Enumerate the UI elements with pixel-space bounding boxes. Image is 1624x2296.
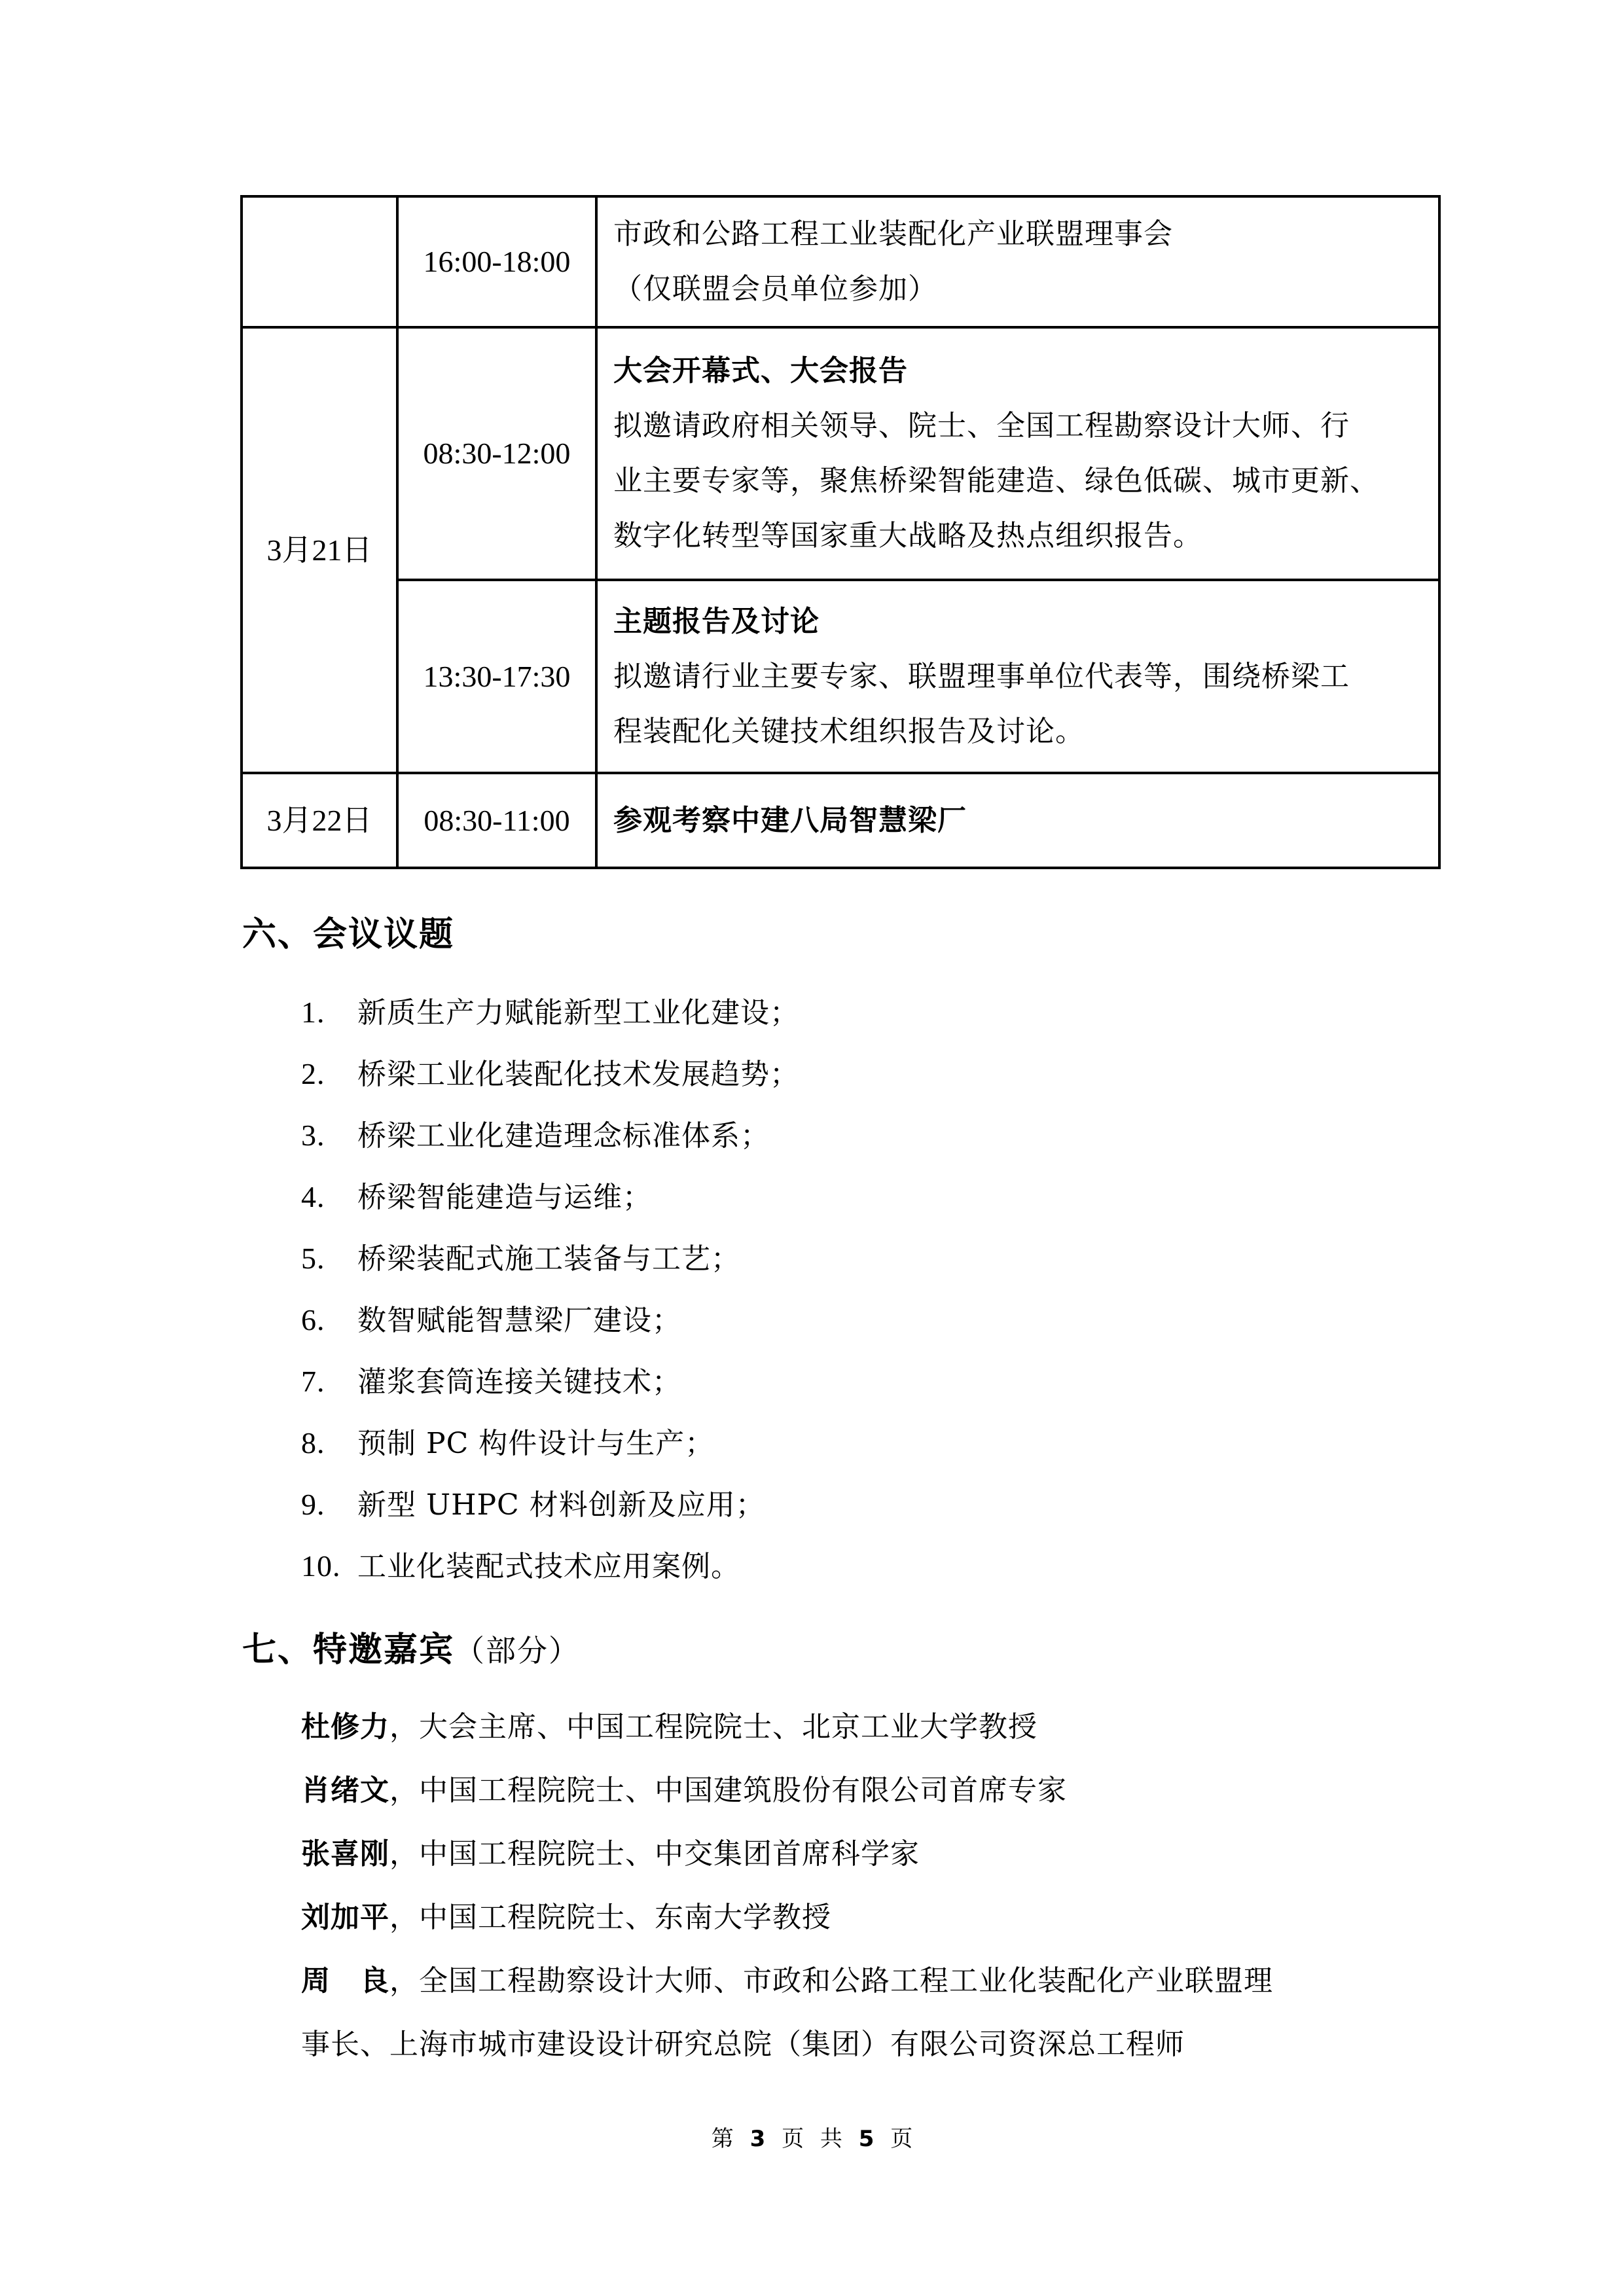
schedule-title: 市政和公路工程工业装配化产业联盟理事会 [613,207,1425,262]
guest-desc: ，中国工程院院士、中国建筑股份有限公司首席专家 [389,1774,1067,1807]
topics-list: 1.新质生产力赋能新型工业化建设； 2.桥梁工业化装配化技术发展趋势； 3.桥梁… [301,982,799,1597]
topic-text: 工业化装配式技术应用案例。 [357,1550,740,1583]
guest-name: 杜修力 [301,1710,389,1744]
guest-item: 刘加平，中国工程院院士、东南大学教授 [301,1886,1273,1949]
topic-number: 4. [301,1166,357,1228]
topic-number: 2. [301,1043,357,1105]
schedule-desc-line: 业主要专家等，聚焦桥梁智能建造、绿色低碳、城市更新、 [613,454,1425,509]
topic-item: 3.桥梁工业化建造理念标准体系； [301,1105,799,1166]
topic-item: 1.新质生产力赋能新型工业化建设； [301,982,799,1043]
schedule-date-cell: 3月22日 [242,773,397,868]
schedule-content-cell: 大会开幕式、大会报告 拟邀请政府相关领导、院士、全国工程勘察设计大师、行 业主要… [596,327,1439,580]
topic-number: 10. [301,1535,357,1597]
schedule-row: 13:30-17:30 主题报告及讨论 拟邀请行业主要专家、联盟理事单位代表等，… [242,580,1439,773]
topic-text: 数智赋能智慧梁厂建设； [357,1304,681,1337]
guest-name: 肖绪文 [301,1774,389,1807]
topic-item: 9.新型 UHPC 材料创新及应用； [301,1474,799,1535]
topic-item: 2.桥梁工业化装配化技术发展趋势； [301,1043,799,1105]
topic-number: 9. [301,1474,357,1535]
section-heading-guests: 七、特邀嘉宾（部分） [242,1622,580,1671]
schedule-note: （仅联盟会员单位参加） [613,262,1425,317]
guest-desc: ，中国工程院院士、东南大学教授 [389,1901,831,1934]
schedule-title: 参观考察中建八局智慧梁厂 [613,793,1425,848]
topic-text: 新质生产力赋能新型工业化建设； [357,996,799,1030]
topic-number: 1. [301,982,357,1043]
topic-item: 4.桥梁智能建造与运维； [301,1166,799,1228]
guest-item: 杜修力，大会主席、中国工程院院士、北京工业大学教授 [301,1695,1273,1759]
guest-desc: ，全国工程勘察设计大师、市政和公路工程工业化装配化产业联盟理 [389,1964,1273,1998]
footer-middle: 页 共 [782,2126,842,2152]
schedule-title: 主题报告及讨论 [613,594,1425,649]
topic-text: 桥梁智能建造与运维； [357,1181,652,1214]
topic-number: 7. [301,1351,357,1412]
topic-text: 预制 PC 构件设计与生产； [357,1427,714,1460]
topic-item: 10.工业化装配式技术应用案例。 [301,1535,799,1597]
guest-name: 刘加平 [301,1901,389,1934]
topic-number: 6. [301,1289,357,1351]
footer-suffix: 页 [890,2126,912,2152]
schedule-time-cell: 13:30-17:30 [397,580,596,773]
guest-name: 张喜刚 [301,1837,389,1871]
topic-text: 桥梁工业化装配化技术发展趋势； [357,1058,799,1091]
guest-item: 周 良，全国工程勘察设计大师、市政和公路工程工业化装配化产业联盟理事长、上海市城… [301,1949,1273,2076]
topic-item: 5.桥梁装配式施工装备与工艺； [301,1228,799,1289]
topic-number: 5. [301,1228,357,1289]
section-heading-text: 七、特邀嘉宾 [242,1630,454,1670]
page-footer: 第 3 页 共 5 页 [0,2121,1624,2153]
topic-text: 灌浆套筒连接关键技术； [357,1365,681,1399]
topic-text: 新型 UHPC 材料创新及应用； [357,1488,765,1522]
schedule-row: 3月22日 08:30-11:00 参观考察中建八局智慧梁厂 [242,773,1439,868]
schedule-title: 大会开幕式、大会报告 [613,344,1425,399]
guest-list: 杜修力，大会主席、中国工程院院士、北京工业大学教授 肖绪文，中国工程院院士、中国… [301,1695,1273,2076]
topic-number: 3. [301,1105,357,1166]
schedule-date-cell [242,196,397,327]
guest-desc-continued: 事长、上海市城市建设设计研究总院（集团）有限公司资深总工程师 [301,2013,1273,2076]
topic-number: 8. [301,1412,357,1474]
section-heading-topics: 六、会议议题 [242,906,454,956]
schedule-desc-line: 拟邀请政府相关领导、院士、全国工程勘察设计大师、行 [613,399,1425,454]
schedule-date-cell: 3月21日 [242,327,397,773]
footer-prefix: 第 [712,2126,734,2152]
schedule-time-cell: 16:00-18:00 [397,196,596,327]
guest-item: 张喜刚，中国工程院院士、中交集团首席科学家 [301,1822,1273,1886]
schedule-time-cell: 08:30-12:00 [397,327,596,580]
guest-desc: ，中国工程院院士、中交集团首席科学家 [389,1837,920,1871]
schedule-desc-line: 程装配化关键技术组织报告及讨论。 [613,704,1425,759]
section-heading-suffix: （部分） [454,1633,580,1668]
total-page-count: 5 [859,2126,875,2152]
schedule-content-cell: 主题报告及讨论 拟邀请行业主要专家、联盟理事单位代表等，围绕桥梁工 程装配化关键… [596,580,1439,773]
topic-item: 8.预制 PC 构件设计与生产； [301,1412,799,1474]
current-page-number: 3 [750,2126,766,2152]
guest-item: 肖绪文，中国工程院院士、中国建筑股份有限公司首席专家 [301,1759,1273,1822]
guest-desc: ，大会主席、中国工程院院士、北京工业大学教授 [389,1710,1038,1744]
topic-text: 桥梁装配式施工装备与工艺； [357,1242,740,1276]
schedule-time-cell: 08:30-11:00 [397,773,596,868]
schedule-content-cell: 市政和公路工程工业装配化产业联盟理事会 （仅联盟会员单位参加） [596,196,1439,327]
topic-item: 6.数智赋能智慧梁厂建设； [301,1289,799,1351]
schedule-table: 16:00-18:00 市政和公路工程工业装配化产业联盟理事会 （仅联盟会员单位… [240,195,1441,869]
topic-item: 7.灌浆套筒连接关键技术； [301,1351,799,1412]
schedule-desc-line: 拟邀请行业主要专家、联盟理事单位代表等，围绕桥梁工 [613,649,1425,704]
schedule-desc-line: 数字化转型等国家重大战略及热点组织报告。 [613,509,1425,564]
guest-name: 周 良 [301,1964,389,1998]
document-page: 16:00-18:00 市政和公路工程工业装配化产业联盟理事会 （仅联盟会员单位… [0,0,1624,2296]
topic-text: 桥梁工业化建造理念标准体系； [357,1119,770,1153]
schedule-row: 16:00-18:00 市政和公路工程工业装配化产业联盟理事会 （仅联盟会员单位… [242,196,1439,327]
schedule-row: 3月21日 08:30-12:00 大会开幕式、大会报告 拟邀请政府相关领导、院… [242,327,1439,580]
schedule-content-cell: 参观考察中建八局智慧梁厂 [596,773,1439,868]
